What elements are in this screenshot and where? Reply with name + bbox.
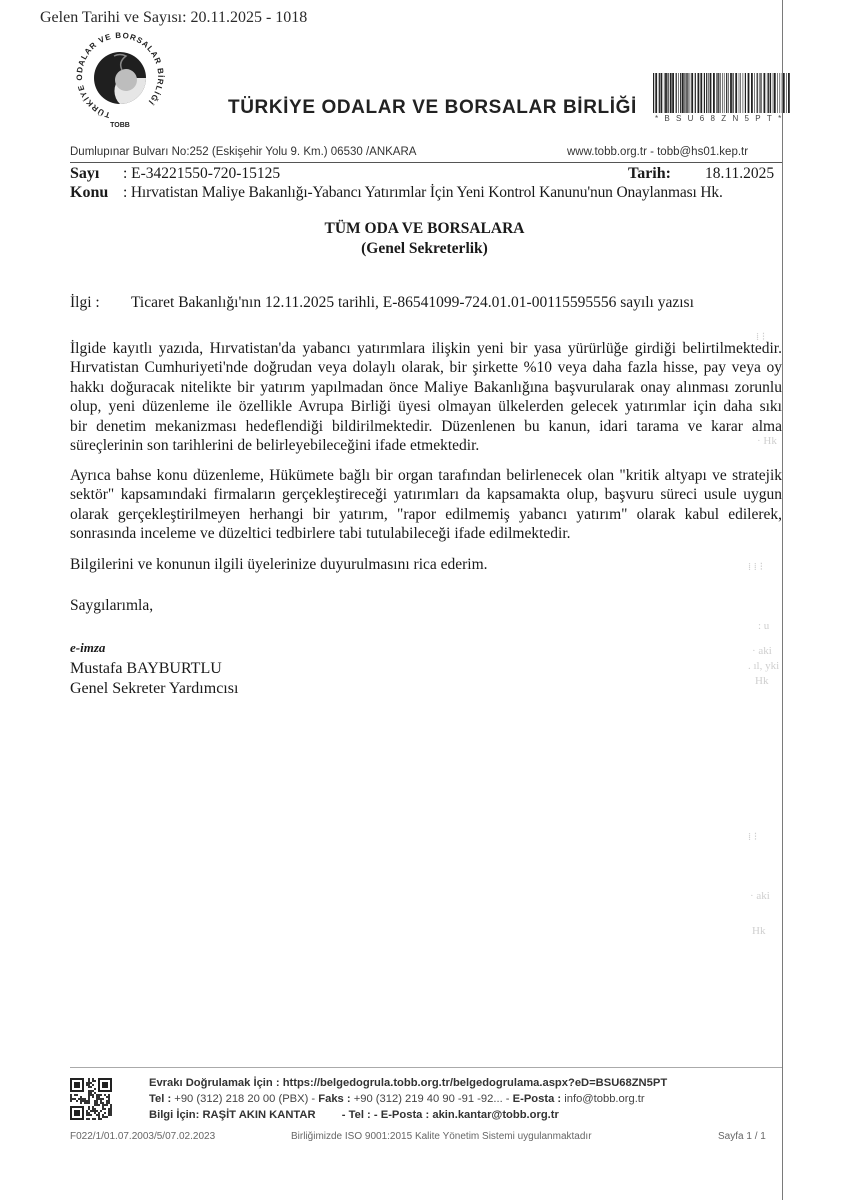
org-web-contact: www.tobb.org.tr - tobb@hs01.kep.tr (567, 146, 748, 158)
info-contact-name: Bilgi İçin: RAŞİT AKIN KANTAR (149, 1109, 316, 1121)
form-code: F022/1/01.07.2003/5/07.02.2023 (70, 1131, 215, 1142)
reference-label: İlgi : (70, 294, 100, 312)
body-paragraph-1: İlgide kayıtlı yazıda, Hırvatistan'da ya… (70, 339, 782, 455)
body-paragraph-2: Ayrıca bahse konu düzenleme, Hükümete ba… (70, 466, 782, 544)
barcode-text: *BSU68ZN5PT* (655, 114, 788, 123)
paragraph-line: İlgide kayıtlı yazıda, Hırvatistan'da ya… (70, 339, 782, 358)
iso-note: Birliğimizde ISO 9001:2015 Kalite Yöneti… (291, 1131, 592, 1142)
footer-contact-line: Tel : +90 (312) 218 20 00 (PBX) - Faks :… (149, 1093, 645, 1105)
regards: Saygılarımla, (70, 596, 782, 615)
paragraph-line: olarak gerçekleştirilmeyen herhangi bir … (70, 505, 782, 524)
verify-url-link[interactable]: https://belgedogrula.tobb.org.tr/belgedo… (283, 1077, 667, 1089)
reference-value: Ticaret Bakanlığı'nın 12.11.2025 tarihli… (131, 294, 694, 312)
esignature-mark: e-imza (70, 640, 105, 656)
tarih-label: Tarih: (628, 165, 671, 183)
paragraph-line: hakkı doğuracak nitelikte bir yatırım ya… (70, 378, 782, 397)
paragraph-line: süreçlerinin son tarihlerini de belirley… (70, 436, 782, 455)
addressee-subtitle: (Genel Sekreterlik) (0, 240, 849, 258)
tel-value: +90 (312) 218 20 00 (PBX) (174, 1093, 308, 1105)
info-email-label: - E-Posta : (374, 1109, 429, 1121)
info-email-link[interactable]: akin.kantar@tobb.org.tr (432, 1109, 559, 1121)
tarih-value: 18.11.2025 (705, 165, 774, 183)
addressee-title: TÜM ODA VE BORSALARA (0, 220, 849, 238)
org-address: Dumlupınar Bulvarı No:252 (Eskişehir Yol… (70, 146, 416, 158)
page-number: Sayfa 1 / 1 (718, 1131, 766, 1142)
fax-label: Faks : (318, 1093, 350, 1105)
scan-artifact: : u (758, 620, 769, 632)
email-link[interactable]: info@tobb.org.tr (564, 1093, 644, 1105)
footer-divider (70, 1067, 782, 1068)
info-tel-label: - Tel : (342, 1109, 371, 1121)
sayi-value: : E-34221550-720-15125 (123, 165, 280, 183)
footer-verify-line: Evrakı Doğrulamak İçin : https://belgedo… (149, 1077, 667, 1089)
scan-artifact: · Hk (757, 435, 777, 447)
organization-name: TÜRKİYE ODALAR VE BORSALAR BİRLİĞİ (228, 97, 637, 119)
paragraph-line: bir denetim mekanizması hedeflendiği bil… (70, 417, 782, 436)
paragraph-line: Hırvatistan Cumhuriyeti'nde doğrudan vey… (70, 358, 782, 377)
paragraph-line: sektör" kapsamındaki firmaların gerçekle… (70, 485, 782, 504)
scan-artifact: ⁞ ⁞ ⁝ (748, 560, 763, 573)
signer-title: Genel Sekreter Yardımcısı (70, 680, 238, 698)
paragraph-line: Ayrıca bahse konu düzenleme, Hükümete ba… (70, 466, 782, 485)
scan-artifact: · aki (752, 645, 772, 657)
paragraph-line: sonrasında inceleme ve düzeltici tedbirl… (70, 524, 782, 543)
tel-label: Tel : (149, 1093, 171, 1105)
konu-label: Konu (70, 184, 108, 202)
tobb-logo-icon: TÜRKİYE ODALAR VE BORSALAR BİRLİĞİ TOBB (74, 30, 166, 130)
logo-abbr: TOBB (110, 122, 130, 129)
scan-margin-line (782, 0, 783, 1200)
barcode-icon (653, 73, 790, 113)
fax-value: +90 (312) 219 40 90 -91 -92... (354, 1093, 503, 1105)
scan-artifact: Hk (752, 925, 765, 937)
closing-sentence: Bilgilerini ve konunun ilgili üyeleriniz… (70, 555, 782, 574)
header-divider (70, 162, 783, 163)
scan-artifact: ⁞ ⁝ (756, 330, 765, 343)
scan-artifact: ⁞ ⁝ (748, 830, 757, 843)
scan-artifact: · aki (750, 890, 770, 902)
sayi-label: Sayı (70, 165, 99, 183)
email-label: E-Posta : (513, 1093, 562, 1105)
received-stamp: Gelen Tarihi ve Sayısı: 20.11.2025 - 101… (40, 9, 307, 27)
footer-info-line: Bilgi İçin: RAŞİT AKIN KANTAR - Tel : - … (149, 1109, 559, 1121)
qr-code-icon[interactable] (70, 1078, 112, 1120)
verify-label: Evrakı Doğrulamak İçin : (149, 1077, 280, 1089)
scan-artifact: Hk (755, 675, 768, 687)
konu-value: : Hırvatistan Maliye Bakanlığı-Yabancı Y… (123, 184, 723, 202)
paragraph-line: olup, yeni düzenleme ile özellikle Avrup… (70, 397, 782, 416)
scan-artifact: . ıl, yki (748, 660, 779, 672)
signer-name: Mustafa BAYBURTLU (70, 660, 222, 678)
